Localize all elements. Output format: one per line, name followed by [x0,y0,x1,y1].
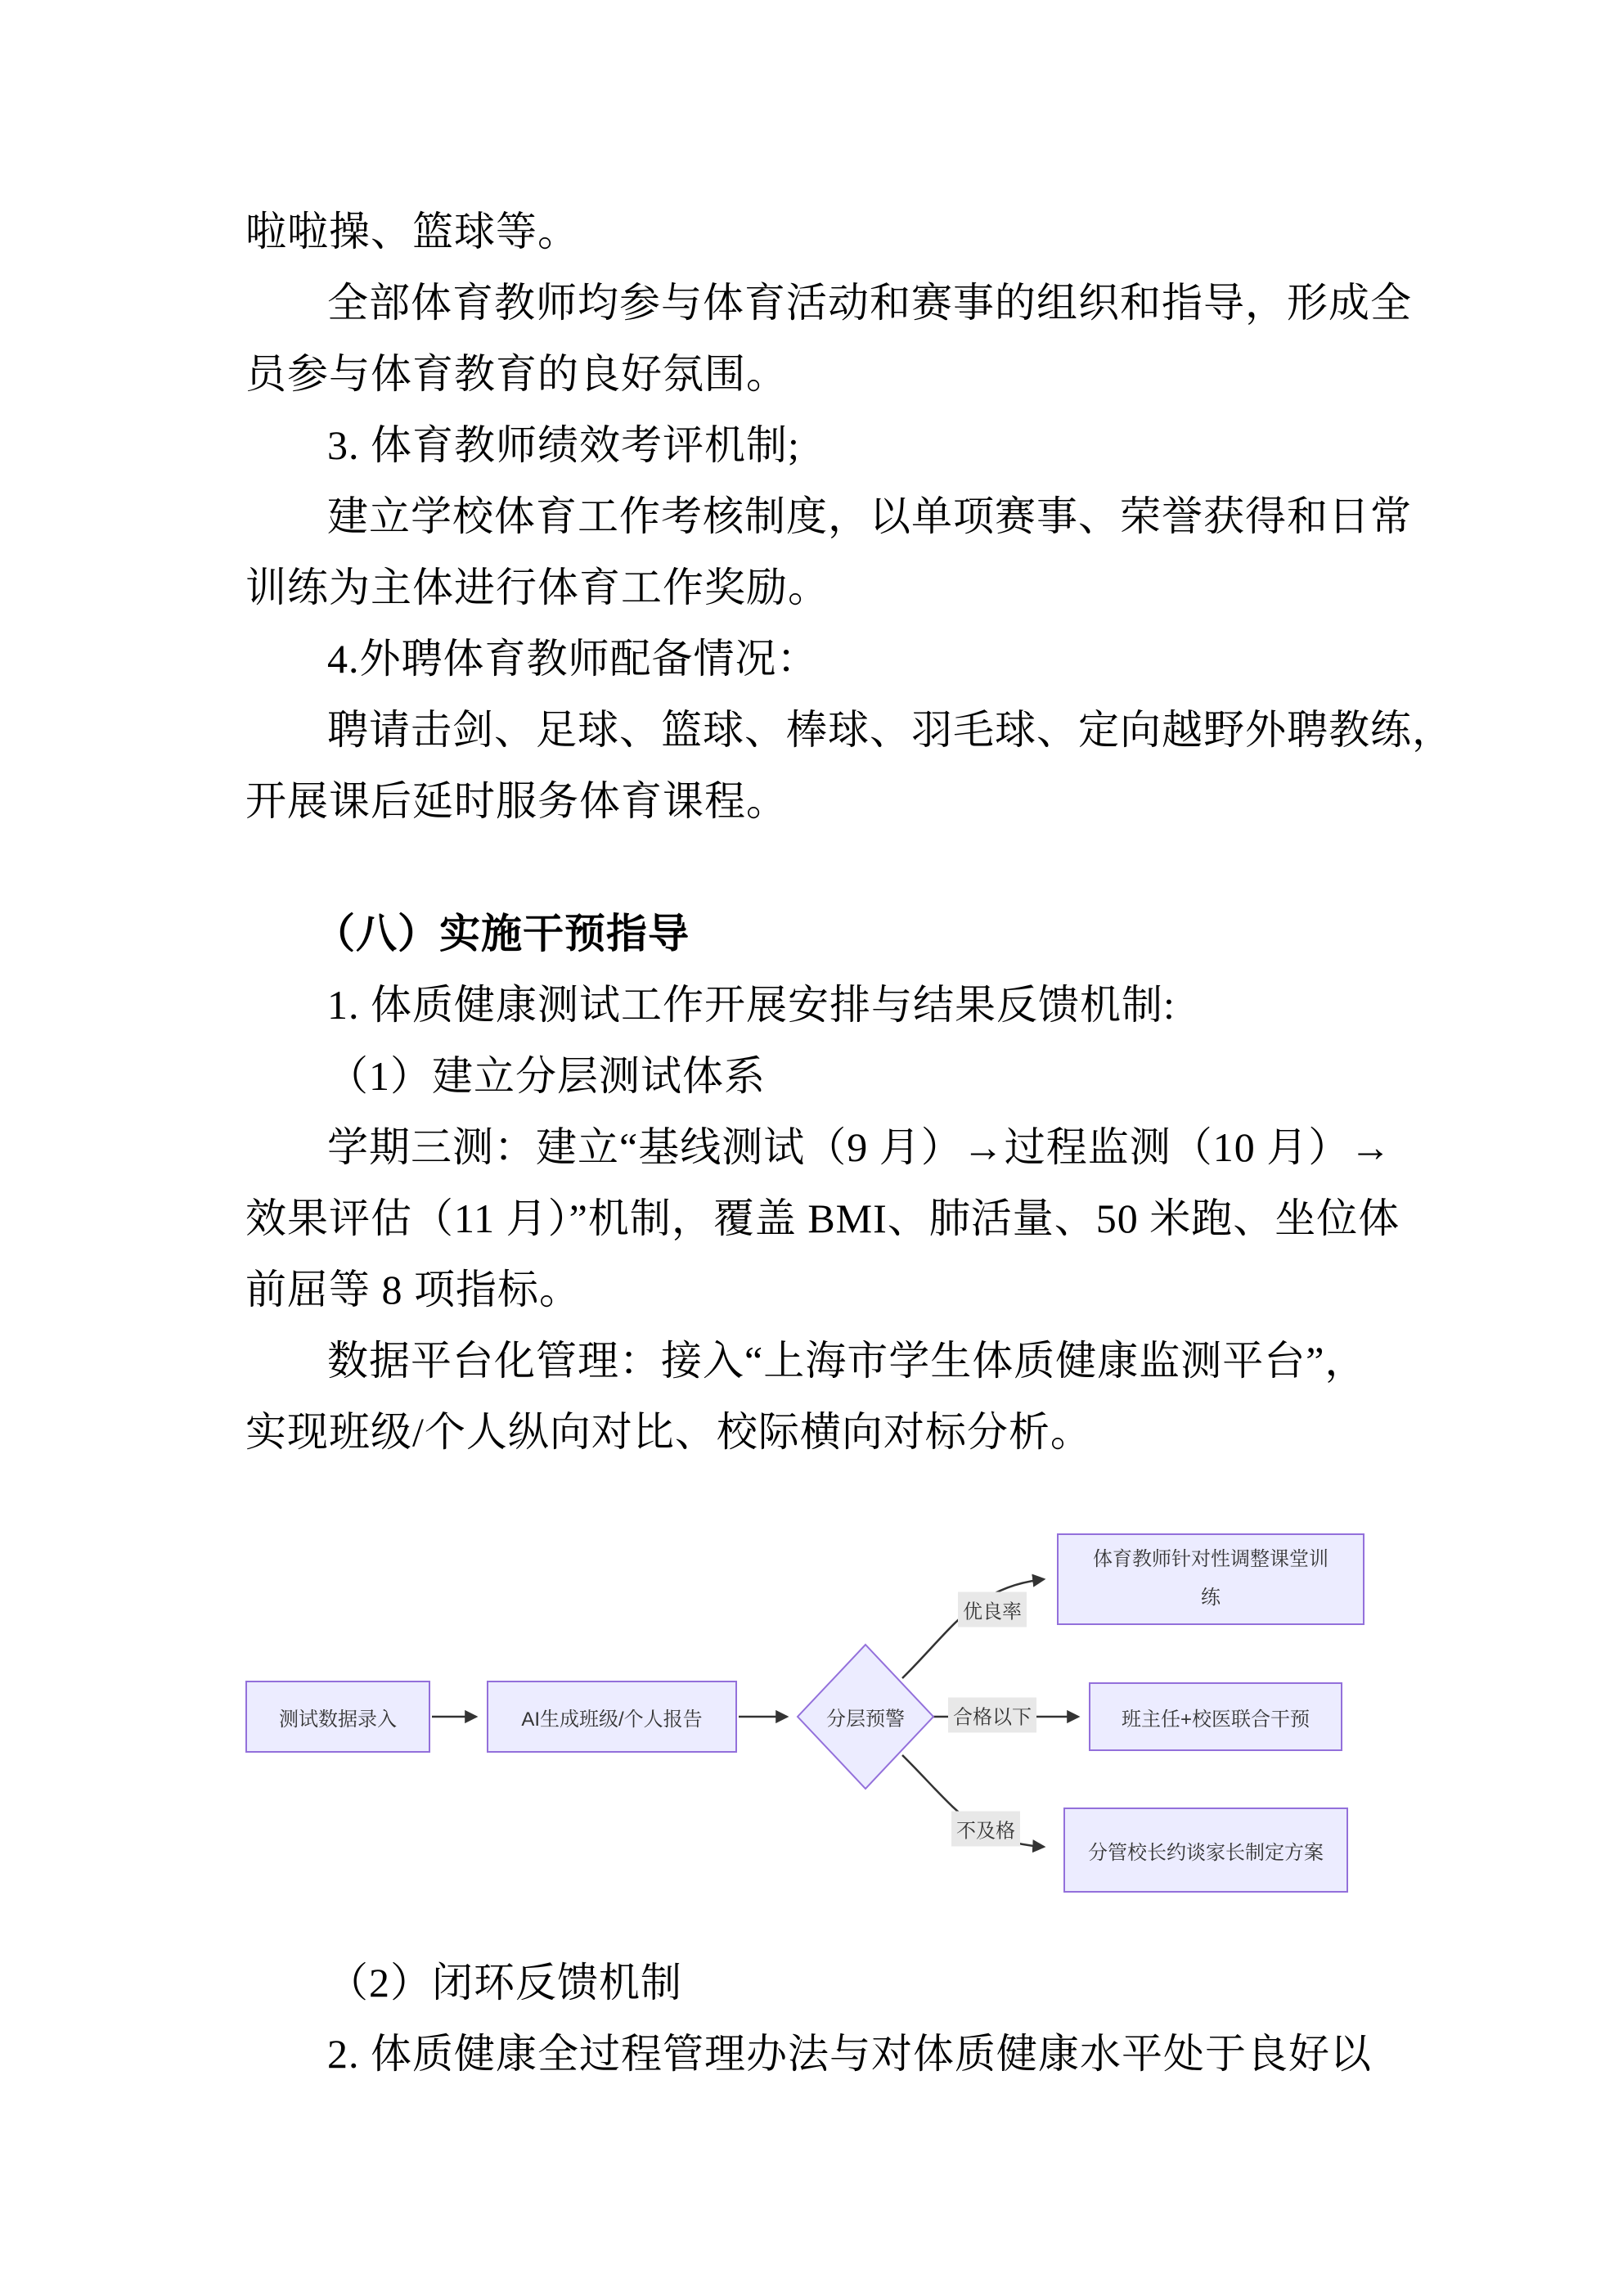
node-test-data-entry: 测试数据录入 [245,1681,430,1753]
document-page: 啦啦操、篮球等。 全部体育教师均参与体育活动和赛事的组织和指导，形成全 员参与体… [0,0,1623,2296]
flowchart: 优良率 合格以下 不及格 测试数据录入 AI生成班级/个人报告 分层预警 体育教… [0,1506,1623,1915]
edge-label-below-pass: 合格以下 [948,1698,1036,1733]
body-line: 开展课后延时服务体育课程。 [245,766,1400,837]
body-line: 全部体育教师均参与体育活动和赛事的组织和指导，形成全 [245,268,1400,339]
node-principal-parent-plan: 分管校长约谈家长制定方案 [1063,1808,1348,1893]
body-line: 数据平台化管理：接入“上海市学生体质健康监测平台”， [245,1326,1400,1397]
edge-label-excellent: 优良率 [958,1592,1027,1627]
body-line: 效果评估（11 月）”机制，覆盖 BMI、肺活量、50 米跑、坐位体 [245,1183,1400,1254]
blank-line [245,837,1400,898]
body-line: 员参与体育教育的良好氛围。 [245,339,1400,410]
body-line: 2. 体质健康全过程管理办法与对体质健康水平处于良好以 [245,2019,1400,2090]
node-pe-teacher-adjust: 体育教师针对性调整课堂训 练 [1057,1533,1364,1625]
body-line: 4.外聘体育教师配备情况： [245,624,1400,695]
body-line: 训练为主体进行体育工作奖励。 [245,552,1400,624]
body-line: 前屈等 8 项指标。 [245,1254,1400,1326]
flowchart-edges-svg [0,1506,1623,1915]
body-line: （2）闭环反馈机制 [245,1947,1400,2019]
body-line: 学期三测：建立“基线测试（9 月）→过程监测（10 月）→ [245,1112,1400,1183]
body-line: 啦啦操、篮球等。 [245,196,1400,268]
body-line: 3. 体育教师绩效考评机制; [245,410,1400,481]
node-ai-report: AI生成班级/个人报告 [487,1681,737,1753]
body-line: 实现班级/个人纵向对比、校际横向对标分析。 [245,1397,1400,1468]
node-head-teacher-intervention: 班主任+校医联合干预 [1089,1682,1342,1751]
section-heading-8: （八）实施干预指导 [245,898,1400,970]
document-body-upper: 啦啦操、篮球等。 全部体育教师均参与体育活动和赛事的组织和指导，形成全 员参与体… [245,196,1400,1468]
document-body-lower: （2）闭环反馈机制 2. 体质健康全过程管理办法与对体质健康水平处于良好以 [245,1947,1400,2090]
body-line: 聘请击剑、足球、篮球、棒球、羽毛球、定向越野外聘教练， [245,695,1400,766]
body-line: 建立学校体育工作考核制度，以单项赛事、荣誉获得和日常 [245,481,1400,552]
body-line: 1. 体质健康测试工作开展安排与结果反馈机制: [245,970,1400,1041]
body-line: （1）建立分层测试体系 [245,1041,1400,1112]
edge-label-fail: 不及格 [951,1812,1020,1847]
node-tiered-warning-label: 分层预警 [826,1703,905,1731]
